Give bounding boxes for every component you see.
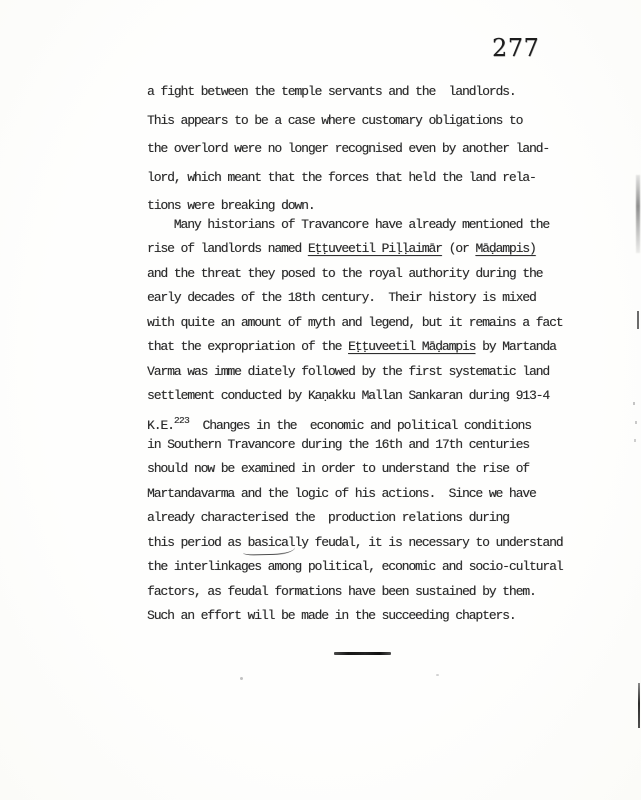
text-run: This appears to be a case where customar… bbox=[147, 113, 522, 128]
text-line: Many historians of Travancore have alrea… bbox=[147, 213, 563, 237]
text-run: lord, which meant that the forces that h… bbox=[147, 170, 536, 185]
text-run: a fight between the temple servants and … bbox=[147, 84, 516, 99]
text-run: and the threat they posed to the royal a… bbox=[147, 266, 542, 281]
text-line: in Southern Travancore during the 16th a… bbox=[147, 433, 563, 457]
scan-artifact-right-streak bbox=[636, 175, 640, 253]
text-run: K.E. bbox=[147, 418, 174, 433]
text-run: rise of landlords named bbox=[147, 241, 308, 256]
end-of-chapter-divider bbox=[334, 652, 391, 655]
text-run: Martandavarma and the logic of his actio… bbox=[147, 486, 536, 501]
text-line: the overlord were no longer recognised e… bbox=[147, 135, 549, 164]
scan-artifact-bottom-stroke bbox=[638, 683, 640, 728]
hand-underlined-word: basically bbox=[248, 535, 308, 550]
text-line: this period as basically feudal, it is n… bbox=[147, 531, 563, 555]
scanned-document-page: 277 a fight between the temple servants … bbox=[0, 0, 641, 800]
text-line: a fight between the temple servants and … bbox=[147, 78, 549, 107]
underlined-term: Māḍampis) bbox=[475, 241, 535, 256]
text-run: feudal, it is necessary to understand bbox=[308, 535, 563, 550]
text-line: This appears to be a case where customar… bbox=[147, 107, 549, 136]
text-line: lord, which meant that the forces that h… bbox=[147, 164, 549, 193]
text-line: factors, as feudal formations have been … bbox=[147, 580, 563, 604]
text-line: Such an effort will be made in the succe… bbox=[147, 604, 563, 628]
text-run: by Martanda bbox=[475, 339, 555, 354]
text-run: Many historians of Travancore have alrea… bbox=[147, 217, 549, 232]
scan-artifact-speck bbox=[436, 674, 439, 676]
text-line: Varma was imme diately followed by the f… bbox=[147, 360, 563, 384]
text-run: in Southern Travancore during the 16th a… bbox=[147, 437, 529, 452]
text-run: tions were breaking down. bbox=[147, 198, 315, 213]
text-line: that the expropriation of the Eṭṭuveetil… bbox=[147, 335, 563, 359]
page-number: 277 bbox=[492, 34, 539, 62]
underlined-term: Eṭṭuveetil Piḷḷaimār bbox=[308, 241, 442, 256]
text-line: settlement conducted by Kaṇakku Mallan S… bbox=[147, 384, 563, 408]
text-line: with quite an amount of myth and legend,… bbox=[147, 311, 563, 335]
underlined-term: Eṭṭuveetil Māḍampis bbox=[348, 339, 475, 354]
scan-artifact-dot bbox=[633, 402, 635, 405]
text-line: and the threat they posed to the royal a… bbox=[147, 262, 563, 286]
scan-artifact-speck bbox=[240, 677, 243, 680]
scan-artifact-right-tick bbox=[637, 311, 639, 329]
text-run: that the expropriation of the bbox=[147, 339, 348, 354]
text-run: Varma was imme diately followed by the f… bbox=[147, 364, 549, 379]
text-run: with quite an amount of myth and legend,… bbox=[147, 315, 562, 330]
text-run: Such an effort will be made in the succe… bbox=[147, 608, 516, 623]
text-run: this period as bbox=[147, 535, 248, 550]
text-line: rise of landlords named Eṭṭuveetil Piḷḷa… bbox=[147, 237, 563, 261]
text-line: the interlinkages among political, econo… bbox=[147, 555, 563, 579]
scan-artifact-dot bbox=[635, 421, 637, 424]
text-line: should now be examined in order to under… bbox=[147, 457, 563, 481]
text-run: the interlinkages among political, econo… bbox=[147, 559, 562, 574]
text-line: early decades of the 18th century. Their… bbox=[147, 286, 563, 310]
text-run: already characterised the production rel… bbox=[147, 510, 509, 525]
text-run: settlement conducted by Kaṇakku Mallan S… bbox=[147, 388, 549, 403]
text-run: Changes in the economic and political co… bbox=[189, 418, 531, 433]
text-line: already characterised the production rel… bbox=[147, 506, 563, 530]
text-run: early decades of the 18th century. Their… bbox=[147, 290, 536, 305]
text-run: should now be examined in order to under… bbox=[147, 461, 529, 476]
paragraph-land-relations: a fight between the temple servants and … bbox=[147, 78, 549, 221]
footnote-ref: 223 bbox=[174, 415, 189, 426]
scan-artifact-dot bbox=[634, 439, 636, 442]
text-run: (or bbox=[442, 241, 476, 256]
text-line: K.E.223 Changes in the economic and poli… bbox=[147, 409, 563, 433]
paragraph-travancore-historians: Many historians of Travancore have alrea… bbox=[147, 213, 563, 628]
text-line: Martandavarma and the logic of his actio… bbox=[147, 482, 563, 506]
text-run: the overlord were no longer recognised e… bbox=[147, 141, 549, 156]
text-run: factors, as feudal formations have been … bbox=[147, 584, 536, 599]
